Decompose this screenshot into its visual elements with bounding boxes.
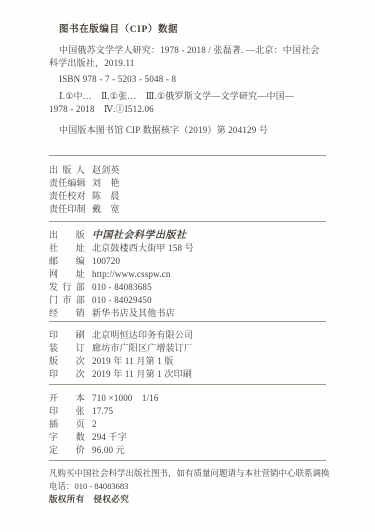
quality-notice-block: 凡购买中国社会科学出版社图书，如有质量问题请与本社营销中心联系调换 电话：010… <box>49 467 326 506</box>
publisher-row: 门市部010 - 84029450 <box>49 294 326 307</box>
format-row: 字数294 千字 <box>49 431 326 444</box>
cip-class-line1: Ⅰ.①中… Ⅱ.①张… Ⅲ.①俄罗斯文学—文学研究—中国— <box>49 90 326 103</box>
copyright-warning: 版权所有 侵权必究 <box>49 493 326 506</box>
cip-heading: 图书在版编目（CIP）数据 <box>49 24 326 37</box>
printing-value: 北京明恒达印务有限公司 <box>92 330 193 340</box>
publisher-label: 网址 <box>49 268 85 281</box>
publisher-label: 社址 <box>49 242 85 255</box>
staff-label: 出版人 <box>49 164 85 177</box>
format-label: 印张 <box>49 405 85 418</box>
price-value: 96.00 元 <box>92 445 125 455</box>
staff-label: 责任编辑 <box>49 177 85 190</box>
cip-record-number: 中国版本图书馆 CIP 数据核字（2019）第 204129 号 <box>49 124 326 137</box>
format-value: 17.75 <box>92 406 113 416</box>
publisher-row: 邮编100720 <box>49 255 326 268</box>
format-row: 印张17.75 <box>49 405 326 418</box>
format-label: 定价 <box>49 444 85 457</box>
format-label: 开本 <box>49 392 85 405</box>
publisher-label: 经销 <box>49 307 85 320</box>
quality-notice-phone: 电话：010 - 84083683 <box>49 480 326 493</box>
publisher-label: 门市部 <box>49 294 85 307</box>
separator-line-3 <box>49 321 326 322</box>
format-row: 插页2 <box>49 418 326 431</box>
format-row: 定价96.00 元 <box>49 444 326 457</box>
printing-value: 廊坊市广阳区广增装订厂 <box>92 343 193 353</box>
publisher-value: 100720 <box>92 256 120 266</box>
publisher-row: 经销新华书店及其他书店 <box>49 307 326 320</box>
staff-label: 责任印制 <box>49 203 85 216</box>
cip-classification: Ⅰ.①中… Ⅱ.①张… Ⅲ.①俄罗斯文学—文学研究—中国— 1978 - 201… <box>49 90 326 116</box>
publisher-name-logotype: 中国社会科学出版社 <box>92 230 187 241</box>
publisher-value: 010 - 84083685 <box>92 282 152 292</box>
publisher-row: 网址http://www.csspw.cn <box>49 268 326 281</box>
publisher-row: 社址北京鼓楼西大街甲 158 号 <box>49 242 326 255</box>
staff-block: 出版人赵剑英 责任编辑刘 艳 责任校对陈 晨 责任印制戴 宽 <box>49 164 326 216</box>
printing-value: 2019 年 11 月第 1 次印刷 <box>92 369 192 379</box>
publisher-block: 出版中国社会科学出版社 社址北京鼓楼西大街甲 158 号 邮编100720 网址… <box>49 229 326 320</box>
staff-value: 赵剑英 <box>92 165 120 175</box>
printing-label: 印刷 <box>49 329 85 342</box>
publisher-value: 010 - 84029450 <box>92 295 152 305</box>
staff-label: 责任校对 <box>49 190 85 203</box>
staff-value: 刘 艳 <box>92 178 120 188</box>
cip-title-paragraph: 中国俄苏文学学人研究：1978 - 2018 / 张磊著. —北京：中国社会 科… <box>49 44 326 70</box>
quality-notice-text: 凡购买中国社会科学出版社图书，如有质量问题请与本社营销中心联系调换 <box>49 467 326 480</box>
format-row: 开本710 ×1000 1/16 <box>49 392 326 405</box>
printing-label: 印次 <box>49 368 85 381</box>
cip-title-line1: 中国俄苏文学学人研究：1978 - 2018 / 张磊著. —北京：中国社会 <box>49 44 326 57</box>
publisher-value: 北京鼓楼西大街甲 158 号 <box>92 243 194 253</box>
format-label: 字数 <box>49 431 85 444</box>
copyright-page: 图书在版编目（CIP）数据 中国俄苏文学学人研究：1978 - 2018 / 张… <box>0 0 375 532</box>
printing-row: 印刷北京明恒达印务有限公司 <box>49 329 326 342</box>
publisher-label: 发行部 <box>49 281 85 294</box>
publisher-label: 邮编 <box>49 255 85 268</box>
format-value: 294 千字 <box>92 432 127 442</box>
separator-line-1 <box>49 155 326 156</box>
printing-label: 版次 <box>49 355 85 368</box>
format-label: 插页 <box>49 418 85 431</box>
cip-class-line2: 1978 - 2018 Ⅳ.①I512.06 <box>49 103 326 116</box>
format-value: 2 <box>92 419 97 429</box>
printing-row: 版次2019 年 11 月第 1 版 <box>49 355 326 368</box>
printing-row: 装订廊坊市广阳区广增装订厂 <box>49 342 326 355</box>
printing-row: 印次2019 年 11 月第 1 次印刷 <box>49 368 326 381</box>
separator-line-5 <box>49 460 326 461</box>
publisher-label: 出版 <box>49 229 85 242</box>
staff-value: 陈 晨 <box>92 191 120 201</box>
printing-block: 印刷北京明恒达印务有限公司 装订廊坊市广阳区广增装订厂 版次2019 年 11 … <box>49 329 326 381</box>
cip-isbn: ISBN 978 - 7 - 5203 - 5048 - 8 <box>49 73 326 86</box>
format-value: 710 ×1000 1/16 <box>92 393 159 403</box>
publisher-row: 出版中国社会科学出版社 <box>49 229 326 242</box>
staff-value: 戴 宽 <box>92 204 120 214</box>
separator-line-4 <box>49 384 326 385</box>
format-block: 开本710 ×1000 1/16 印张17.75 插页2 字数294 千字 定价… <box>49 392 326 457</box>
printing-value: 2019 年 11 月第 1 版 <box>92 356 174 366</box>
staff-row: 责任印制戴 宽 <box>49 203 326 216</box>
publisher-value: 新华书店及其他书店 <box>92 308 175 318</box>
publisher-website-url: http://www.csspw.cn <box>92 269 171 279</box>
printing-label: 装订 <box>49 342 85 355</box>
staff-row: 责任编辑刘 艳 <box>49 177 326 190</box>
separator-line-2 <box>49 221 326 222</box>
page-content: 图书在版编目（CIP）数据 中国俄苏文学学人研究：1978 - 2018 / 张… <box>0 0 375 506</box>
publisher-row: 发行部010 - 84083685 <box>49 281 326 294</box>
cip-title-line2: 科学出版社，2019.11 <box>49 57 326 70</box>
staff-row: 责任校对陈 晨 <box>49 190 326 203</box>
staff-row: 出版人赵剑英 <box>49 164 326 177</box>
